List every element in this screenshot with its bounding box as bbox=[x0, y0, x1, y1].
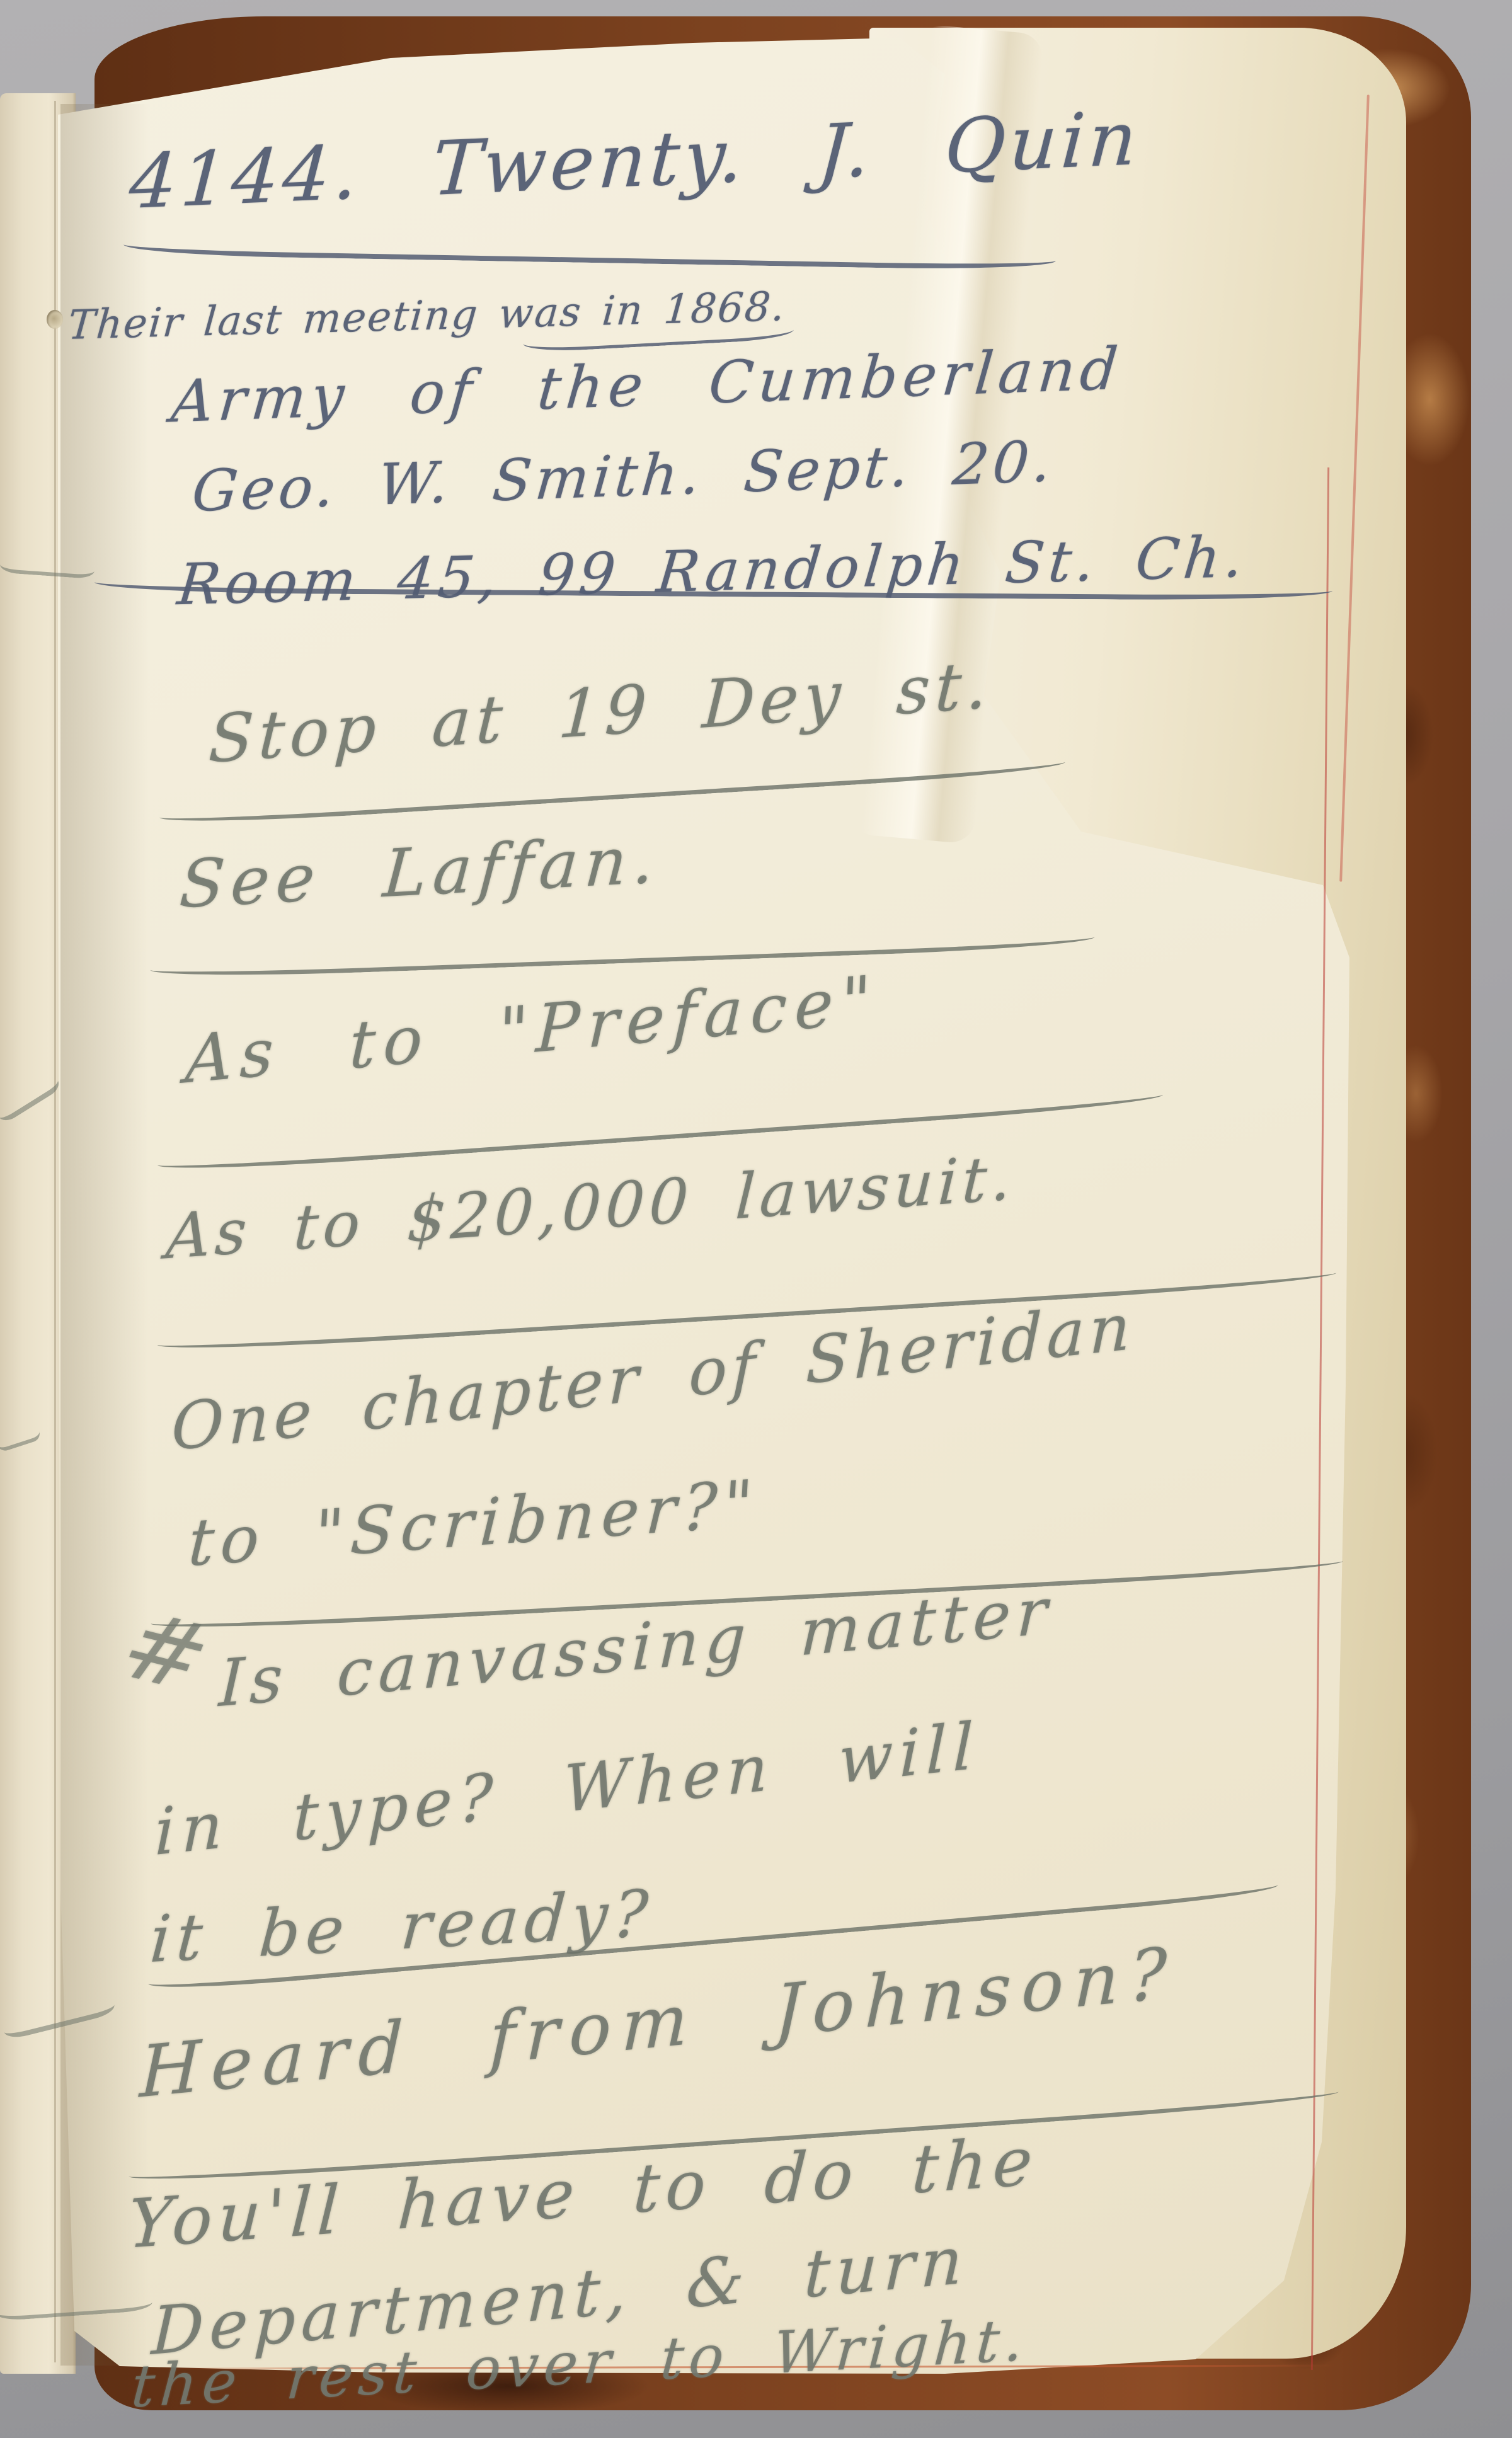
gutter-shadow bbox=[60, 104, 149, 2366]
notebook-photo: 4144. Twenty. J. Quin Their last meeting… bbox=[0, 0, 1512, 2438]
binding-hole bbox=[47, 310, 63, 329]
